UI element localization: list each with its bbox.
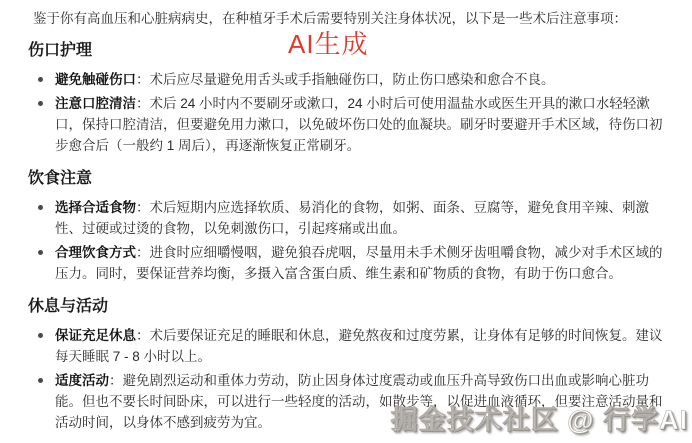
item-text: ：术后短期内应选择软质、易消化的食物，如粥、面条、豆腐等，避免食用辛辣、刺激性、… [55, 200, 649, 236]
item-label: 适度活动 [55, 373, 109, 388]
bullet-dot-icon [38, 250, 43, 255]
item-label: 保证充足休息 [55, 328, 136, 343]
item-label: 合理饮食方式 [55, 245, 136, 260]
ai-generated-watermark: AI生成 [288, 30, 369, 58]
list-item: 注意口腔清洁：术后 24 小时内不要刷牙或漱口，24 小时后可使用温盐水或医生开… [33, 93, 668, 156]
intro-text: 鉴于你有高血压和心脏病病史，在种植牙手术后需要特别关注身体状况，以下是一些术后注… [33, 10, 668, 28]
diet-list: 选择合适食物：术后短期内应选择软质、易消化的食物，如粥、面条、豆腐等，避免食用辛… [33, 197, 668, 284]
section-title-rest-activity: 休息与活动 [28, 297, 668, 317]
list-item: 合理饮食方式：进食时应细嚼慢咽，避免狼吞虎咽，尽量用未手术侧牙齿咀嚼食物，减少对… [33, 242, 668, 284]
bullet-dot-icon [38, 77, 43, 82]
item-label: 避免触碰伤口 [55, 72, 136, 87]
section-title-diet: 饮食注意 [28, 169, 668, 189]
list-item: 避免触碰伤口：术后应尽量避免用舌头或手指触碰伤口，防止伤口感染和愈合不良。 [33, 69, 668, 90]
bullet-dot-icon [38, 378, 43, 383]
item-text: ：进食时应细嚼慢咽，避免狼吞虎咽，尽量用未手术侧牙齿咀嚼食物，减少对手术区域的压… [55, 245, 663, 281]
list-item: 保证充足休息：术后要保证充足的睡眠和休息，避免熬夜和过度劳累，让身体有足够的时间… [33, 325, 668, 367]
wound-care-list: 避免触碰伤口：术后应尽量避免用舌头或手指触碰伤口，防止伤口感染和愈合不良。 注意… [33, 69, 668, 156]
item-text: ：术后要保证充足的睡眠和休息，避免熬夜和过度劳累，让身体有足够的时间恢复。建议每… [55, 328, 663, 364]
bullet-dot-icon [38, 333, 43, 338]
community-watermark: 掘金技术社区 @ 行学AI [391, 398, 688, 437]
bullet-dot-icon [38, 205, 43, 210]
item-label: 注意口腔清洁 [55, 96, 136, 111]
document-page: 鉴于你有高血压和心脏病病史，在种植牙手术后需要特别关注身体状况，以下是一些术后注… [0, 0, 692, 433]
item-text: ：术后 24 小时内不要刷牙或漱口，24 小时后可使用温盐水或医生开具的漱口水轻… [55, 96, 663, 153]
item-label: 选择合适食物 [55, 200, 136, 215]
item-text: ：术后应尽量避免用舌头或手指触碰伤口，防止伤口感染和愈合不良。 [136, 72, 555, 87]
list-item: 选择合适食物：术后短期内应选择软质、易消化的食物，如粥、面条、豆腐等，避免食用辛… [33, 197, 668, 239]
bullet-dot-icon [38, 101, 43, 106]
